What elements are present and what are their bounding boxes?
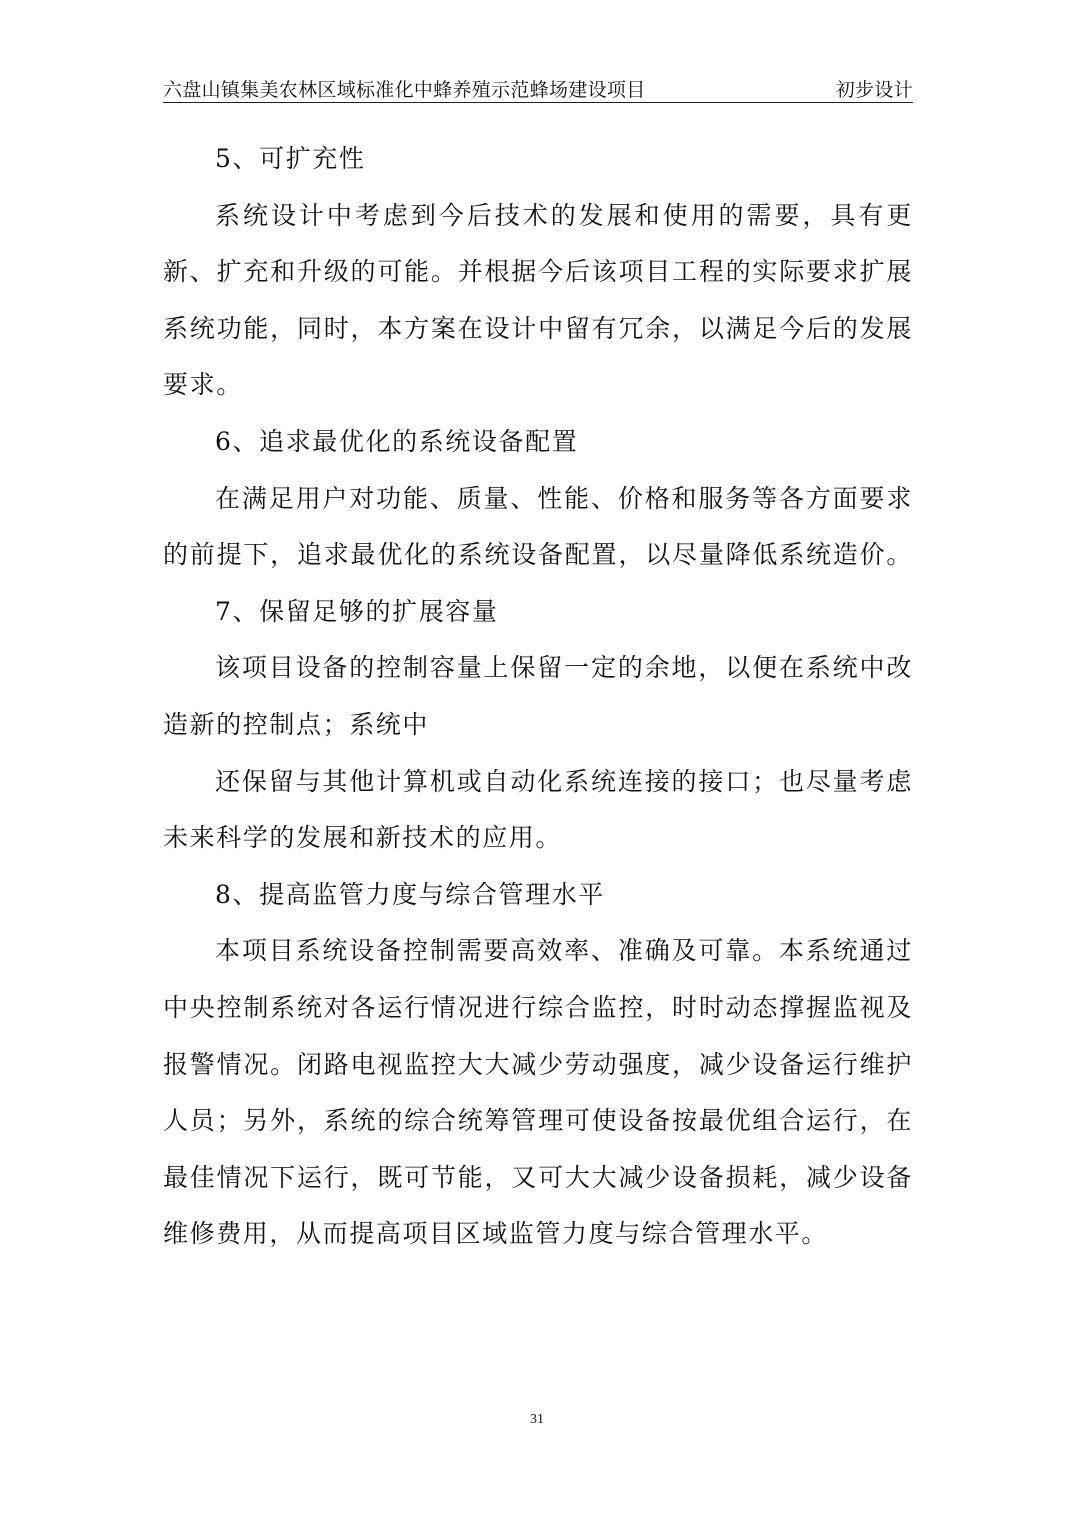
paragraph-line: 要求。 [163, 362, 915, 419]
page-number: 31 [0, 1412, 1074, 1428]
paragraph-line: 人员；另外，系统的综合统筹管理可使设备按最优组合运行，在 [163, 1098, 913, 1155]
paragraph-line: 系统功能，同时，本方案在设计中留有冗余，以满足今后的发展 [163, 306, 913, 363]
page-header: 六盘山镇集美农林区域标准化中蜂养殖示范蜂场建设项目 初步设计 [163, 76, 913, 103]
document-section: 初步设计 [836, 78, 913, 102]
paragraph-line: 维修费用，从而提高项目区域监管力度与综合管理水平。 [163, 1211, 915, 1268]
heading-5: 5、可扩充性 [163, 136, 915, 193]
paragraph-line: 该项目设备的控制容量上保留一定的余地，以便在系统中改 [163, 645, 913, 702]
paragraph-line: 的前提下，追求最优化的系统设备配置，以尽量降低系统造价。 [163, 532, 913, 589]
heading-6: 6、追求最优化的系统设备配置 [163, 419, 915, 476]
heading-7: 7、保留足够的扩展容量 [163, 589, 915, 646]
paragraph-line: 在满足用户对功能、质量、性能、价格和服务等各方面要求 [163, 476, 913, 533]
paragraph-line: 还保留与其他计算机或自动化系统连接的接口；也尽量考虑 [163, 759, 913, 816]
paragraph-line: 最佳情况下运行，既可节能，又可大大减少设备损耗，减少设备 [163, 1155, 913, 1212]
document-title: 六盘山镇集美农林区域标准化中蜂养殖示范蜂场建设项目 [163, 78, 646, 102]
paragraph-line: 报警情况。闭路电视监控大大减少劳动强度，减少设备运行维护 [163, 1042, 913, 1099]
heading-8: 8、提高监管力度与综合管理水平 [163, 872, 915, 929]
paragraph-line: 中央控制系统对各运行情况进行综合监控，时时动态撑握监视及 [163, 985, 913, 1042]
document-body: 5、可扩充性 系统设计中考虑到今后技术的发展和使用的需要，具有更 新、扩充和升级… [163, 136, 915, 1268]
paragraph-line: 系统设计中考虑到今后技术的发展和使用的需要，具有更 [163, 193, 913, 250]
paragraph-line: 造新的控制点；系统中 [163, 702, 915, 759]
paragraph-line: 未来科学的发展和新技术的应用。 [163, 815, 915, 872]
paragraph-line: 本项目系统设备控制需要高效率、准确及可靠。本系统通过 [163, 928, 913, 985]
paragraph-line: 新、扩充和升级的可能。并根据今后该项目工程的实际要求扩展 [163, 249, 913, 306]
